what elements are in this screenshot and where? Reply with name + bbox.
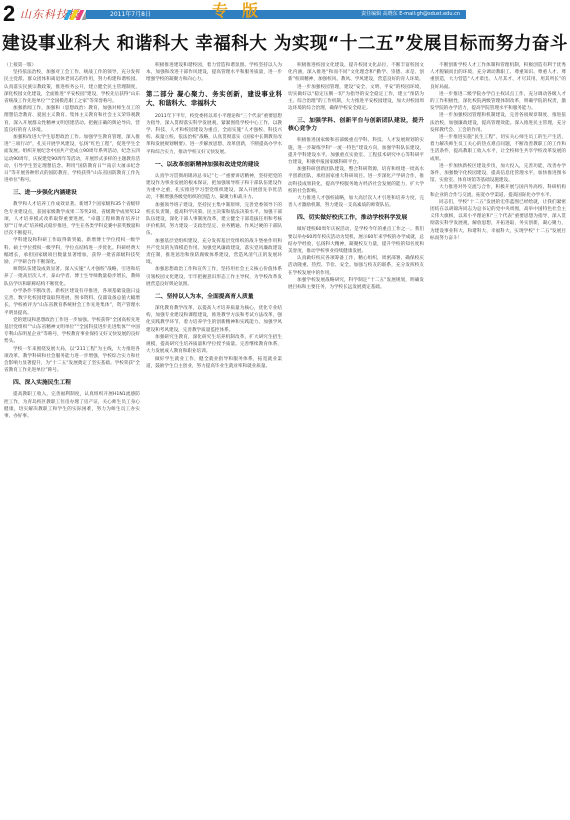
paragraph: 2011年下半年，校党委将以邓小平理论和“三个代表”重要思想为指导，深入贯彻落实… [146,113,282,156]
section-heading: 三、进一步强化内涵建设 [4,189,140,197]
paragraph: 加强思想政治工作和宣传工作，坚持用社会主义核心价值体系引领校园文化建设，牢牢把握… [146,266,282,288]
article-body: （上接第一版） 坚持依法治校，加强对工会工作、统战工作的领导，充分发挥民主党派、… [4,62,566,818]
paragraph: 教学和人才培养工作成效显著。新增7个国家级和35个省级特色专业建设点，获国家级教… [4,201,140,237]
paragraph: 加强和改进大学生思想政治工作。加强学生教育管理，深入推进“三项行动”，扎实开展学… [4,134,140,184]
paragraph: 进一步推进二级学院办学自主权试点工作，充分调动各级人才的工作积极性，深化校院两级… [430,91,566,113]
paragraph: 做好学生就业工作，健全就业指导和服务体系，拓宽就业渠道，鼓励学生自主创业，努力提… [146,356,282,370]
section-heading: 二、坚持以人为本，全面提高育人质量 [146,293,282,301]
paragraph: 坚持依法治校，加强对工会工作、统战工作的领导，充分发挥民主党派、群众团体和离退休… [4,69,140,105]
section-heading: 四、切实做好校庆工作，推动学校科学发展 [288,214,424,222]
column-2: 积极推进建设和谐校园，着力营造和谐氛围。学校坚持以人为本，加强和改进干部作风建设… [146,62,282,818]
paragraph: 加强科研创新团队建设，整合科研资源，培育和组建一批高水平创新团队，承担国家重大科… [288,166,424,195]
paragraph: 学科建设和科研工作取得新突破。新增博士学位授权一级学科、硕士学位授权一级学科，学… [4,237,140,266]
paragraph: 加强学校发展战略研究，科学制定“十二五”发展规划，明确发展目标和主要任务，为学校… [288,277,424,291]
paragraph: 认真做好校庆各项筹备工作，精心组织，周密部署，确保校庆活动隆重、热烈、节俭、安全… [288,255,424,277]
paragraph: 认真学习贯彻胡锦涛总书记“七一”重要讲话精神，坚持把党的建设作为事业发展的根本保… [146,173,282,202]
paragraph: 不断创新学校人才工作体制和管理机制，积极创造有利于优秀人才脱颖而出的环境，充分调… [430,62,566,91]
section-heading: 三、加强学科、创新平台与创新团队建设，提升核心竞争力 [288,117,424,133]
paragraph: 积极推进国家级和省部级重点学科、科技、人才发展规划的实施，进一步凝练学科“一流一… [288,137,424,166]
section-heading: 一、以改革创新精神加强和改进党的建设 [146,161,282,169]
issue-date: 2011年7月8日 [110,10,151,19]
masthead: 2 山东科技报 2011年7月8日 专版 责任编辑 高晓东 E-mail:gh@… [0,0,570,30]
paragraph: 加强领导班子建设，坚持民主集中制原则，完善党委领导下的校长负责制，提高科学决策、… [146,202,282,238]
paragraph: 大力推进对外交流与合作，积极开展与国内外高校、科研机构和企业的合作与交流，拓宽办… [430,184,566,198]
section-heading: 四、深入实施民生工程 [4,379,140,387]
column-1: （上接第一版） 坚持依法治校，加强对工会工作、统战工作的领导，充分发挥民主党派、… [4,62,140,818]
paragraph: 进一步加快新校区建设步伐，加大投入，完善功能，改善办学条件，加强数字化校园建设，… [430,163,566,185]
paragraph: 提高教职工收入，完善福利制度，认真组织开展H1N1流感防控工作，为青岛校区教职工… [4,391,140,420]
paragraph: 大力推进人才强校战略，加大高层次人才引进和培养力度，完善人才激励机制，努力建设一… [288,195,424,209]
article-headline: 建设事业科大 和谐科大 幸福科大 为实现“十二五”发展目标而努力奋斗 [0,33,570,55]
paragraph: 同志们，学校“十二五”发展的宏伟蓝图已经绘就，让我们紧密团结在以胡锦涛同志为总书… [430,199,566,242]
paragraph: 深化教育教学改革，以提高人才培养质量为核心，优化专业结构，加强专业建设和课程建设… [146,305,282,334]
part-heading: 第二部分 凝心聚力、务实创新，建设事业科大、和谐科大、幸福科大 [146,90,282,108]
column-3: 积极推进校园文化建设，提升校园文化品位，不断丰富校园文化内涵，深入推进“和而不同… [288,62,424,818]
paragraph: 办学条件不断改善。新校区建设有序推进，各项基础设施日益完善，数字化校园建设取得进… [4,288,140,317]
paragraph: 积极推进校园文化建设，提升校园文化品位，不断丰富校园文化内涵，深入推进“和而不同… [288,62,424,84]
paragraph: 师资队伍建设成效显著。深入实施“人才强校”战略，引进和培养了一批高层次人才，泰山… [4,266,140,288]
paragraph: 加强基层党组织建设，充分发挥基层党组织的战斗堡垒作用和共产党员的先锋模范作用。加… [146,238,282,267]
column-4: 不断创新学校人才工作体制和管理机制，积极创造有利于优秀人才脱颖而出的环境，充分调… [430,62,566,818]
paragraph: 积极推进建设和谐校园，着力营造和谐氛围。学校坚持以人为本，加强和改进干部作风建设… [146,62,282,84]
editor-info: 责任编辑 高晓东 E-mail:gh@sdust.edu.cn [361,10,460,19]
paragraph: 加强研究生教育，深化研究生培养机制改革，扩大研究生招生规模，提高研究生培养质量和… [146,334,282,356]
page-number: 2 [3,2,15,26]
section-tag: 专版 [212,2,272,20]
paragraph: 做好建校60周年庆祝活动，是学校今年的重点工作之一。我们要以举办60周年校庆活动… [288,226,424,255]
continued-from: （上接第一版） [4,62,140,69]
paragraph: 进一步加强校园管理，建设“安全、文明、平安”的校园环境，切实做好以“稳定压倒一切… [288,84,424,113]
paragraph: 党的建设和思想政治工作进一步加强。学校获得“全国高校先进基层党组织”“山东省精神… [4,317,140,346]
paragraph: 进一步推进实施“民生工程”，切实关心师生员工的生产生活，着力解决师生员工关心的热… [430,134,566,163]
paragraph: 加强新闻工作，加强和（思想政治）教育，加强对师生员工的理想信念教育、爱国主义教育… [4,105,140,134]
paragraph: 进一步加强校园管理和机制建设，完善各项规章制度，推进依法治校，加强廉政建设，提高… [430,112,566,134]
paragraph: 学校一年来围绕发展大局，以“211工程”为主线，大力推进各项改革，教学科研和社会… [4,346,140,375]
